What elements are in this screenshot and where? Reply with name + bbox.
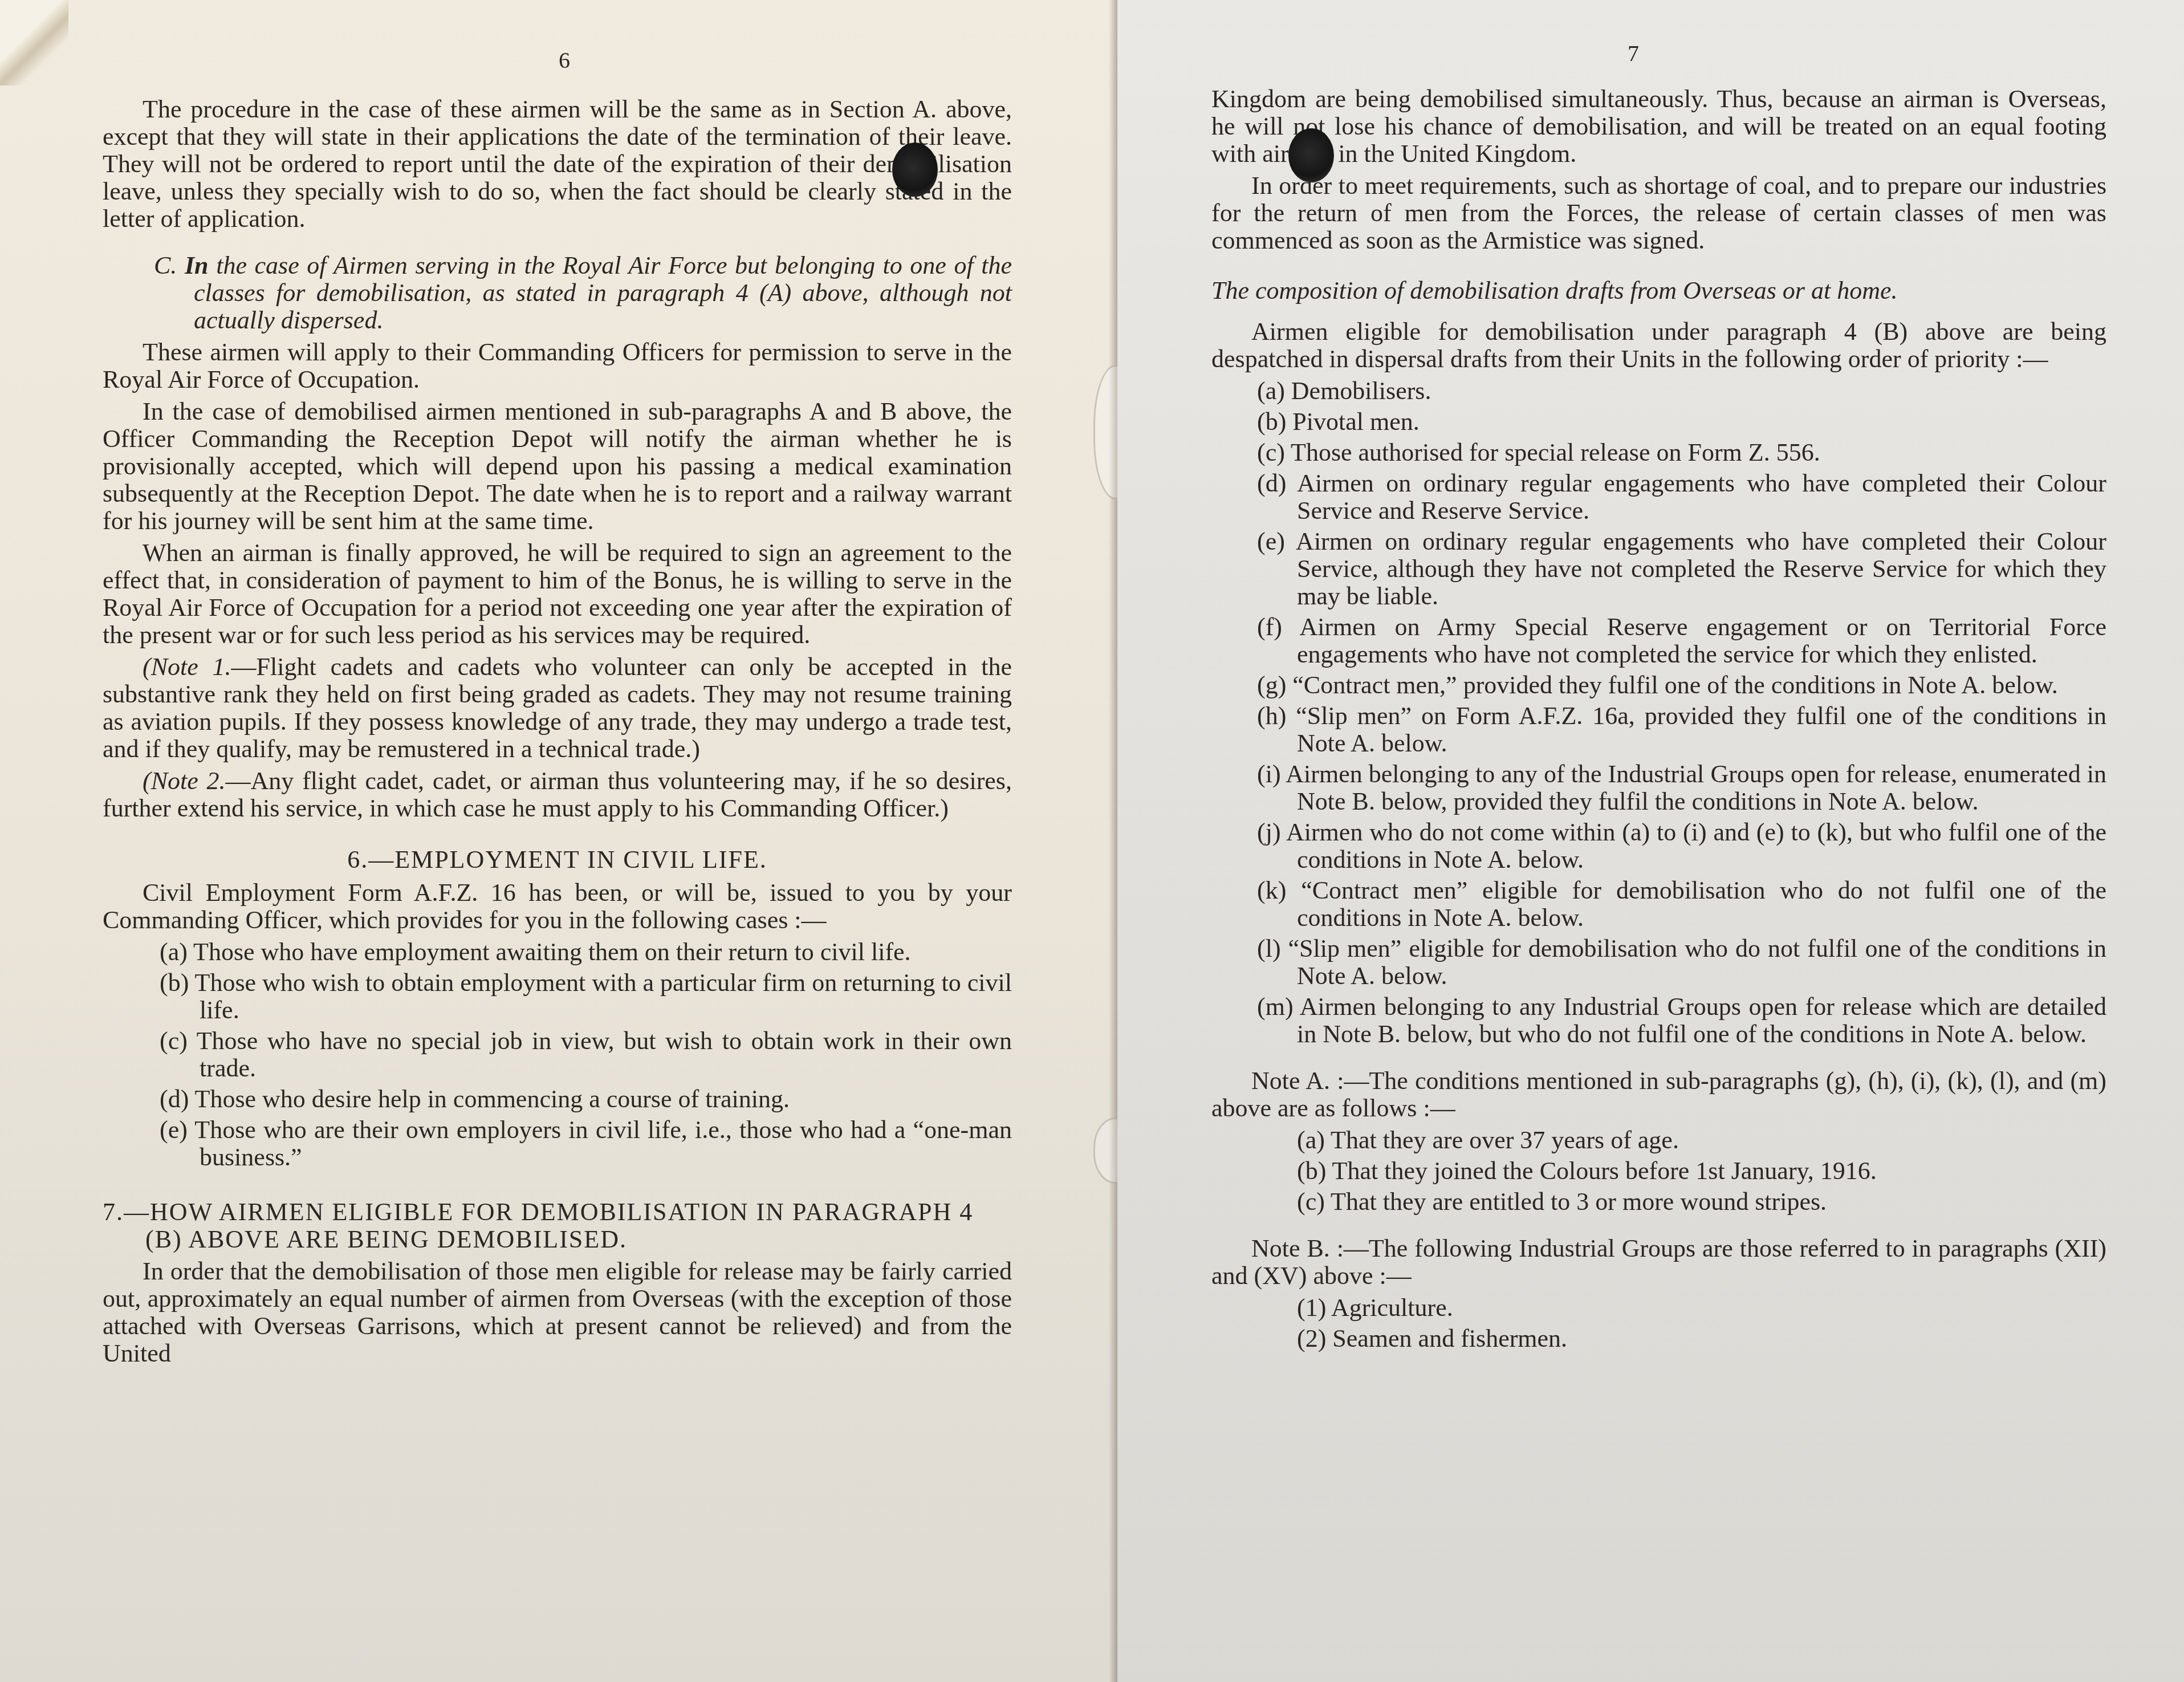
section-6-intro: Civil Employment Form A.F.Z. 16 has been… (103, 879, 1012, 934)
punch-hole (892, 143, 938, 197)
item-label: (a) (160, 938, 188, 966)
item-text: Airmen belonging to any of the Industria… (1286, 760, 2106, 815)
list-item: (f) Airmen on Army Special Reserve engag… (1246, 614, 2106, 668)
punch-hole (1288, 128, 1334, 182)
item-text: Those who wish to obtain employment with… (195, 969, 1012, 1024)
item-label: (l) (1257, 935, 1281, 962)
item-text: Those who are their own employers in civ… (194, 1116, 1012, 1171)
item-label: (g) (1257, 671, 1286, 699)
item-label: (c) (1297, 1188, 1325, 1216)
note-2-label: (Note 2. (143, 767, 226, 795)
section-6-heading: 6.—EMPLOYMENT IN CIVIL LIFE. (103, 846, 1012, 873)
list-item: (k) “Contract men” eligible for demobili… (1246, 877, 2106, 932)
list-item: (c) Those who have no special job in vie… (148, 1027, 1012, 1082)
item-label: (b) (1297, 1157, 1326, 1185)
item-label: (d) (160, 1085, 189, 1113)
list-item: (c) Those authorised for special release… (1246, 439, 2106, 466)
right-page-text: Kingdom are being demobilised simultaneo… (1211, 86, 2106, 1356)
item-text: That they are entitled to 3 or more woun… (1331, 1188, 1827, 1216)
booklet-spread: 6 The procedure in the case of these air… (0, 0, 2184, 1682)
item-text: “Contract men” eligible for demobilisati… (1297, 876, 2106, 932)
list-item: (j) Airmen who do not come within (a) to… (1246, 819, 2106, 873)
paragraph-final-approval: When an airman is finally approved, he w… (103, 539, 1012, 649)
priority-list: (a) Demobilisers. (b) Pivotal men. (c) T… (1211, 377, 2106, 1048)
paragraph-procedure: The procedure in the case of these airme… (103, 96, 1012, 233)
left-page: 6 The procedure in the case of these air… (0, 0, 1117, 1682)
list-item: (h) “Slip men” on Form A.F.Z. 16a, provi… (1246, 702, 2106, 757)
note-b-list: (1) Agriculture. (2) Seamen and fisherme… (1211, 1294, 2106, 1352)
section-7-heading: 7.—HOW AIRMEN ELIGIBLE FOR DEMOBILISATIO… (103, 1198, 1012, 1253)
item-label: (2) (1297, 1325, 1326, 1352)
list-item: (b) That they joined the Colours before … (1286, 1157, 2106, 1185)
item-text: Airmen on ordinary regular engagements w… (1297, 469, 2106, 525)
item-text: Those who desire help in commencing a co… (195, 1085, 790, 1113)
paragraph-continuation: Kingdom are being demobilised simultaneo… (1211, 86, 2106, 168)
item-text: “Slip men” eligible for demobilisation w… (1288, 935, 2106, 990)
note-b-intro: Note B. :—The following Industrial Group… (1211, 1235, 2106, 1290)
list-item: (b) Pivotal men. (1246, 408, 2106, 436)
item-label: (a) (1297, 1126, 1325, 1154)
item-text: “Contract men,” provided they fulfil one… (1292, 671, 2058, 699)
note-a-intro: Note A. :—The conditions mentioned in su… (1211, 1067, 2106, 1122)
item-text: Seamen and fishermen. (1332, 1325, 1567, 1352)
list-item: (g) “Contract men,” provided they fulfil… (1246, 672, 2106, 699)
subsection-c-text: the case of Airmen serving in the Royal … (194, 251, 1012, 334)
item-label: (h) (1257, 702, 1286, 730)
list-item: (i) Airmen belonging to any of the Indus… (1246, 761, 2106, 815)
list-item: (1) Agriculture. (1286, 1294, 2106, 1322)
page-number-right: 7 (1605, 40, 1662, 67)
item-text: “Slip men” on Form A.F.Z. 16a, provided … (1296, 702, 2106, 757)
item-text: Agriculture. (1331, 1294, 1453, 1322)
list-item: (d) Airmen on ordinary regular engagemen… (1246, 470, 2106, 525)
item-label: (e) (1257, 527, 1285, 555)
list-item: (l) “Slip men” eligible for demobilisati… (1246, 935, 2106, 990)
note-1-text: —Flight cadets and cadets who volunteer … (103, 653, 1012, 763)
paragraph-demobilised-airmen: In the case of demobilised airmen mentio… (103, 398, 1012, 535)
composition-heading: The composition of demobilisation drafts… (1211, 277, 2106, 304)
list-item: (e) Airmen on ordinary regular engagemen… (1246, 528, 2106, 610)
list-item: (a) Those who have employment awaiting t… (148, 938, 1012, 966)
item-label: (e) (160, 1116, 188, 1144)
item-label: (m) (1257, 993, 1294, 1021)
page-number-left: 6 (536, 47, 593, 74)
list-item: (c) That they are entitled to 3 or more … (1286, 1188, 2106, 1216)
list-item: (d) Those who desire help in commencing … (148, 1086, 1012, 1113)
item-label: (i) (1257, 760, 1281, 788)
right-page: 7 Kingdom are being demobilised simultan… (1117, 0, 2184, 1682)
subsection-c-heading: C. In the case of Airmen serving in the … (143, 252, 1012, 334)
list-item: (a) Demobilisers. (1246, 377, 2106, 405)
item-label: (k) (1257, 876, 1286, 904)
note-a-list: (a) That they are over 37 years of age. … (1211, 1127, 2106, 1216)
item-label: (c) (1257, 438, 1285, 466)
note-1: (Note 1.—Flight cadets and cadets who vo… (103, 653, 1012, 763)
item-text: Those authorised for special release on … (1291, 438, 1820, 466)
curled-corner (0, 0, 68, 86)
item-label: (d) (1257, 469, 1286, 497)
note-2-text: —Any flight cadet, cadet, or airman thus… (103, 767, 1012, 822)
item-text: Those who have employment awaiting them … (193, 938, 911, 966)
priority-intro: Airmen eligible for demobilisation under… (1211, 318, 2106, 373)
item-text: Demobilisers. (1291, 377, 1431, 405)
item-label: (c) (160, 1027, 188, 1055)
item-label: (a) (1257, 377, 1285, 405)
item-text: Airmen on ordinary regular engagements w… (1296, 527, 2106, 610)
subsection-c-label: C. (154, 251, 177, 279)
item-label: (f) (1257, 613, 1282, 641)
note-1-label: (Note 1. (143, 653, 231, 681)
item-text: Airmen belonging to any Industrial Group… (1297, 993, 2106, 1048)
item-label: (1) (1297, 1294, 1326, 1322)
item-text: That they joined the Colours before 1st … (1332, 1157, 1877, 1185)
list-item: (e) Those who are their own employers in… (148, 1116, 1012, 1171)
section-7-intro: In order that the demobilisation of thos… (103, 1258, 1012, 1367)
list-item: (b) Those who wish to obtain employment … (148, 969, 1012, 1024)
list-item: (a) That they are over 37 years of age. (1286, 1127, 2106, 1154)
left-page-text: The procedure in the case of these airme… (103, 96, 1012, 1372)
list-item: (2) Seamen and fishermen. (1286, 1325, 2106, 1352)
item-text: Airmen on Army Special Reserve engagemen… (1297, 613, 2106, 668)
section-6-list: (a) Those who have employment awaiting t… (103, 938, 1012, 1171)
item-label: (j) (1257, 818, 1281, 846)
paragraph-apply-officers: These airmen will apply to their Command… (103, 339, 1012, 393)
item-label: (b) (160, 969, 189, 997)
paragraph-requirements: In order to meet requirements, such as s… (1211, 172, 2106, 254)
item-text: Pivotal men. (1292, 408, 1419, 436)
item-label: (b) (1257, 408, 1286, 436)
note-2: (Note 2.—Any flight cadet, cadet, or air… (103, 767, 1012, 822)
subsection-c-lead: In (185, 251, 209, 279)
list-item: (m) Airmen belonging to any Industrial G… (1246, 993, 2106, 1048)
item-text: Airmen who do not come within (a) to (i)… (1286, 818, 2106, 873)
item-text: Those who have no special job in view, b… (197, 1027, 1012, 1082)
item-text: That they are over 37 years of age. (1331, 1126, 1679, 1154)
